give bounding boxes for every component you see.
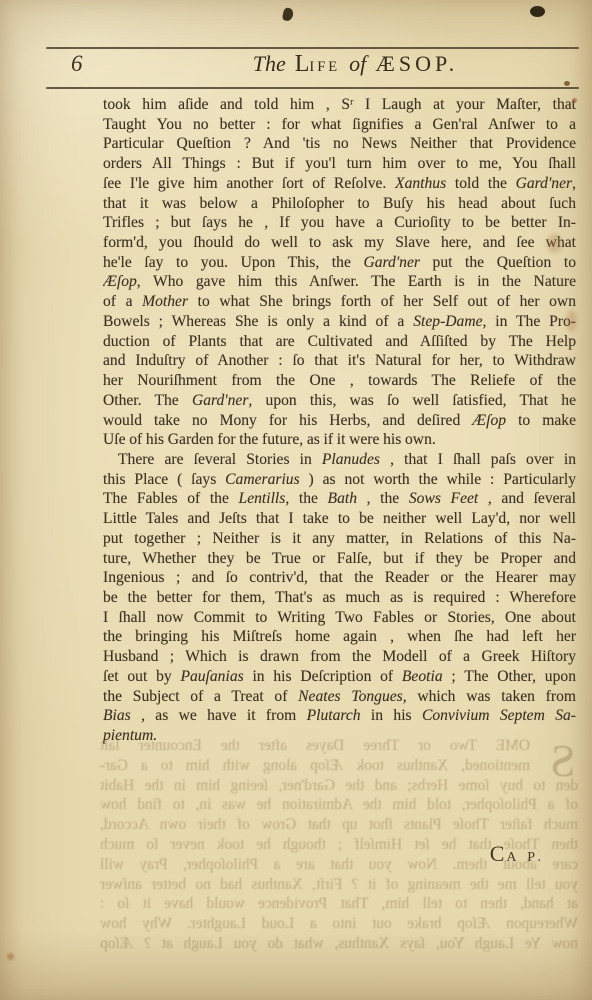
page-number: 6 [71,51,83,77]
text-line: took him aſide and told him , Sʳ I Laugh… [103,95,576,115]
text-line: he'le ſay to you. Upon This, the Gard'ne… [103,253,576,273]
header-rule-bottom [46,87,579,89]
text-line: The Fables of the Lentills, the Bath , t… [103,489,576,509]
bleedthrough-line: den to buy ſome Herbs; and the Gard'ner,… [100,776,578,796]
text-block: took him aſide and told him , Sʳ I Laugh… [103,95,576,746]
text-line: ſet out by Pauſanias in his Deſcription … [103,667,576,687]
bleedthrough-line: Whereupon Æſop brake out into a Loud Lau… [100,914,578,934]
text-line: be the better for them, That's as much a… [103,588,576,608]
text-line: I ſhall now Commit to Writing Two Fables… [103,608,576,628]
title-life-rest: IFE [309,59,340,75]
running-header-title: TheLIFEofÆSOP. [119,51,592,78]
text-line: Husband ; Which is drawn from the Modell… [103,647,576,667]
bleedthrough-line: now Ye Laugh You, ſays Xanthus, what do … [100,934,578,954]
text-line: orders All Things : But if you'l turn hi… [103,154,576,174]
header-rule-top [46,47,579,49]
text-line: and Induſtry of Another : ſo that it's N… [103,351,576,371]
text-line: this Place ( ſays Camerarius ) as not wo… [103,470,576,490]
text-line: duction of Plants that are Cultivated an… [103,332,576,352]
title-life-initial: L [295,51,310,77]
text-line: form'd, you ſhould do well to ask my Sla… [103,233,576,253]
ink-spot [282,7,295,22]
title-word-the: The [253,51,286,76]
text-line: Other. The Gard'ner, upon this, was ſo w… [103,391,576,411]
catchword: CA P. [490,841,545,867]
paper-stain [7,953,14,960]
text-line: the Subject of a Treat of Neates Tongues… [103,687,576,707]
text-line: Little Tales and Jeſts that I take to be… [103,509,576,529]
text-line: the bringing his Miſtreſs home again , w… [103,627,576,647]
text-line: put together ; Neither is it any matter,… [103,529,576,549]
text-line: There are ſeveral Stories in Planudes , … [103,450,576,470]
text-line: Æſop, Who gave him this Anſwer. The Eart… [103,272,576,292]
paper-stain [572,98,577,103]
text-line: Particular Queſtion ? And 'tis no News N… [103,134,576,154]
ink-spot [530,6,545,17]
text-line: Taught You no better : for what ſignifie… [103,115,576,135]
title-aesop: ÆSOP. [375,51,458,76]
text-line: Bias , as we have it from Plutarch in hi… [103,706,576,726]
text-line: ture, Whether they be True or Falſe, but… [103,549,576,569]
title-word-of: of [349,51,366,76]
text-line: of a Mother to what She brings forth of … [103,292,576,312]
bleedthrough-line: OME Two or Three Dayes after the Encount… [100,736,578,756]
catchword-rest: A P. [506,850,545,865]
text-line: ſee I'le give him another ſort of Reſolv… [103,174,576,194]
text-line: Trifles ; but ſays he , If you have a Cu… [103,213,576,233]
text-line: that it was below a Philoſopher to Buſy … [103,194,576,214]
bleedthrough-drop-initial: S [550,739,576,783]
ink-spot [564,81,570,86]
text-line: Uſe of his Garden for the future, as if … [103,430,576,450]
catchword-initial: C [490,841,505,866]
paper-stain [566,310,577,332]
bleedthrough-line: of a Philoſopher, told him the Admiratio… [100,795,578,815]
paper-stain [547,234,562,253]
text-line: her Nouriſhment from the One , towards T… [103,371,576,391]
bleedthrough-line: mentioned, Xanthus took Æſop along with … [100,756,578,776]
text-line: Ingenious ; and ſo contriv'd, that the R… [103,568,576,588]
book-page: 6 TheLIFEofÆSOP. OME Two or Three Dayes … [0,0,592,1000]
bleedthrough-line: you tell me the meaning of it ? Firſt, X… [100,875,578,895]
bleedthrough-line: much faſter Thoſe Plants ſhot up that Gr… [100,815,578,835]
bleedthrough-line: at hand, then to tell him, That Providen… [100,894,578,914]
text-line: Bowels ; Whereas She is only a kind of a… [103,312,576,332]
text-line: would take no Mony for his Herbs, and de… [103,411,576,431]
